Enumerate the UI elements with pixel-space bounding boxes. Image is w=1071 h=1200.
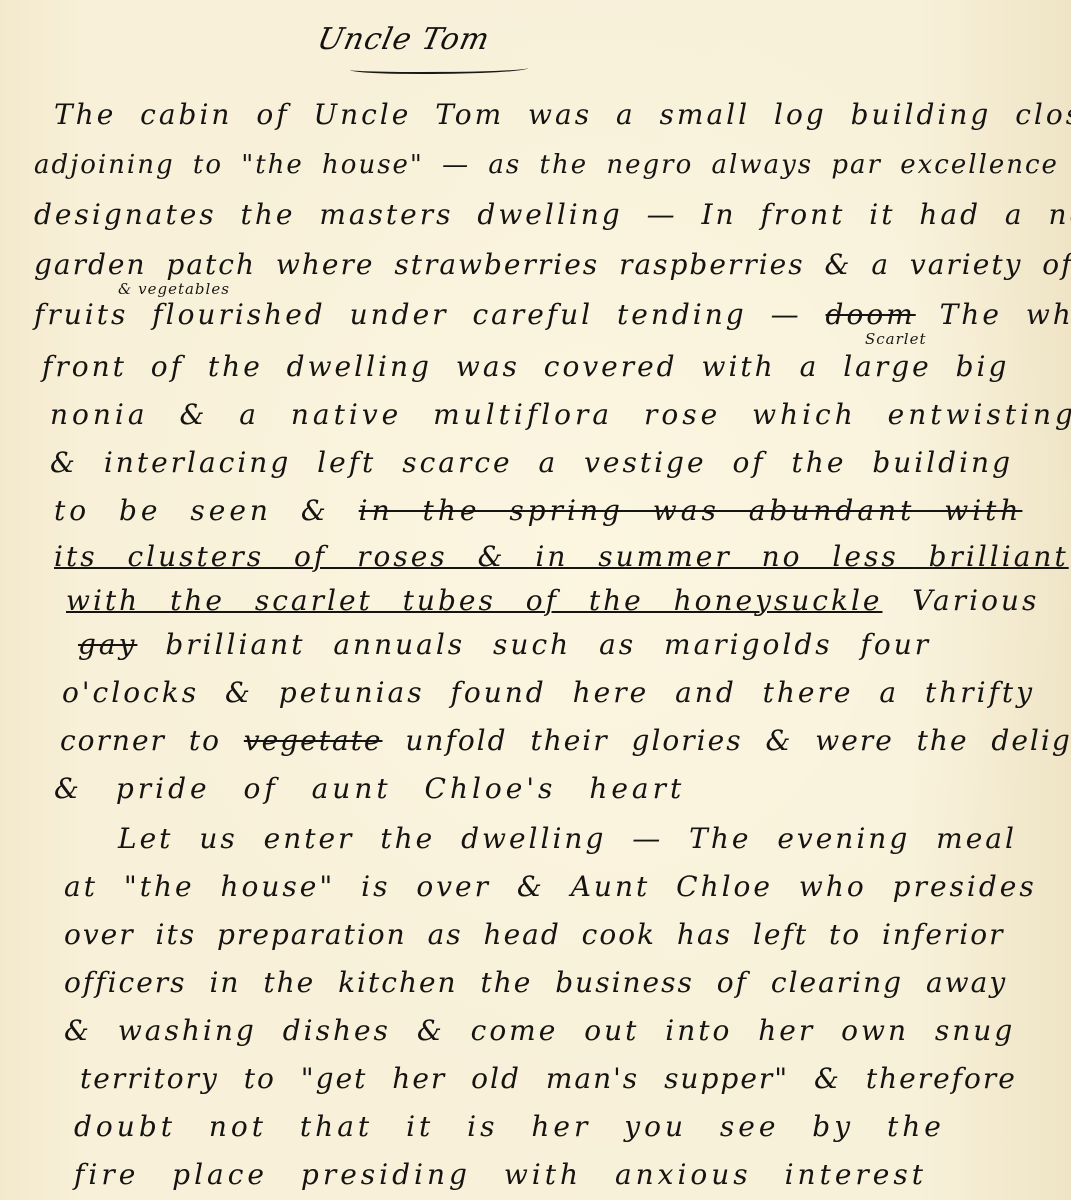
manuscript-line-7: nonia & a native multiflora rose which e… bbox=[50, 398, 1071, 431]
manuscript-line-6: front of the dwelling was covered with a… bbox=[42, 350, 1009, 383]
manuscript-line-13: o'clocks & petunias found here and there… bbox=[62, 676, 1035, 709]
line-14-text: corner to bbox=[60, 724, 244, 757]
manuscript-line-15: & pride of aunt Chloe's heart bbox=[54, 772, 685, 805]
struck-passage: with the scarlet tubes of the honeysuckl… bbox=[66, 584, 882, 617]
struck-passage: its clusters of roses & in summer no les… bbox=[54, 540, 1069, 573]
manuscript-title: Uncle Tom bbox=[314, 22, 493, 57]
manuscript-line-11: with the scarlet tubes of the honeysuckl… bbox=[66, 584, 1039, 617]
line-14-end: unfold their glories & were the delight bbox=[382, 724, 1071, 757]
manuscript-line-20: & washing dishes & come out into her own… bbox=[64, 1014, 1015, 1047]
line-5-text: fruits flourished under careful tending … bbox=[34, 298, 826, 331]
manuscript-line-16: Let us enter the dwelling — The evening … bbox=[118, 822, 1017, 855]
manuscript-line-2: adjoining to "the house" — as the negro … bbox=[34, 150, 1059, 180]
manuscript-line-23: fire place presiding with anxious intere… bbox=[74, 1158, 927, 1191]
manuscript-line-22: doubt not that it is her you see by the bbox=[74, 1110, 945, 1143]
struck-word: gay bbox=[78, 628, 137, 661]
manuscript-line-8: & interlacing left scarce a vestige of t… bbox=[50, 446, 1013, 479]
line-11-end: Various bbox=[882, 584, 1039, 617]
manuscript-line-3: designates the masters dwelling — In fro… bbox=[34, 198, 1071, 231]
interlinear-insertion-vegetables: & vegetables bbox=[118, 280, 230, 298]
interlinear-insertion-scarlet: Scarlet bbox=[865, 330, 927, 348]
line-12-text: brilliant annuals such as marigolds four bbox=[137, 628, 931, 661]
manuscript-line-19: officers in the kitchen the business of … bbox=[64, 966, 1007, 999]
manuscript-line-14: corner to vegetate unfold their glories … bbox=[60, 724, 1071, 757]
struck-passage: in the spring was abundant with bbox=[359, 494, 1023, 527]
manuscript-page: Uncle Tom The cabin of Uncle Tom was a s… bbox=[0, 0, 1071, 1200]
line-9-text: to be seen & bbox=[54, 494, 359, 527]
manuscript-line-4: garden patch where strawberries raspberr… bbox=[34, 248, 1071, 281]
manuscript-line-10: its clusters of roses & in summer no les… bbox=[54, 540, 1069, 573]
manuscript-line-9: to be seen & in the spring was abundant … bbox=[54, 494, 1022, 527]
manuscript-line-18: over its preparation as head cook has le… bbox=[64, 918, 1004, 951]
manuscript-line-5: fruits flourished under careful tending … bbox=[34, 298, 1071, 331]
struck-word: vegetate bbox=[244, 724, 383, 757]
struck-word: doom bbox=[826, 298, 916, 331]
manuscript-line-1: The cabin of Uncle Tom was a small log b… bbox=[54, 98, 1071, 131]
manuscript-line-12: gay brilliant annuals such as marigolds … bbox=[78, 628, 931, 661]
manuscript-line-17: at "the house" is over & Aunt Chloe who … bbox=[64, 870, 1037, 903]
title-underline bbox=[350, 64, 528, 74]
manuscript-line-21: territory to "get her old man's supper" … bbox=[80, 1062, 1017, 1095]
line-5-end: The whole bbox=[916, 298, 1071, 331]
